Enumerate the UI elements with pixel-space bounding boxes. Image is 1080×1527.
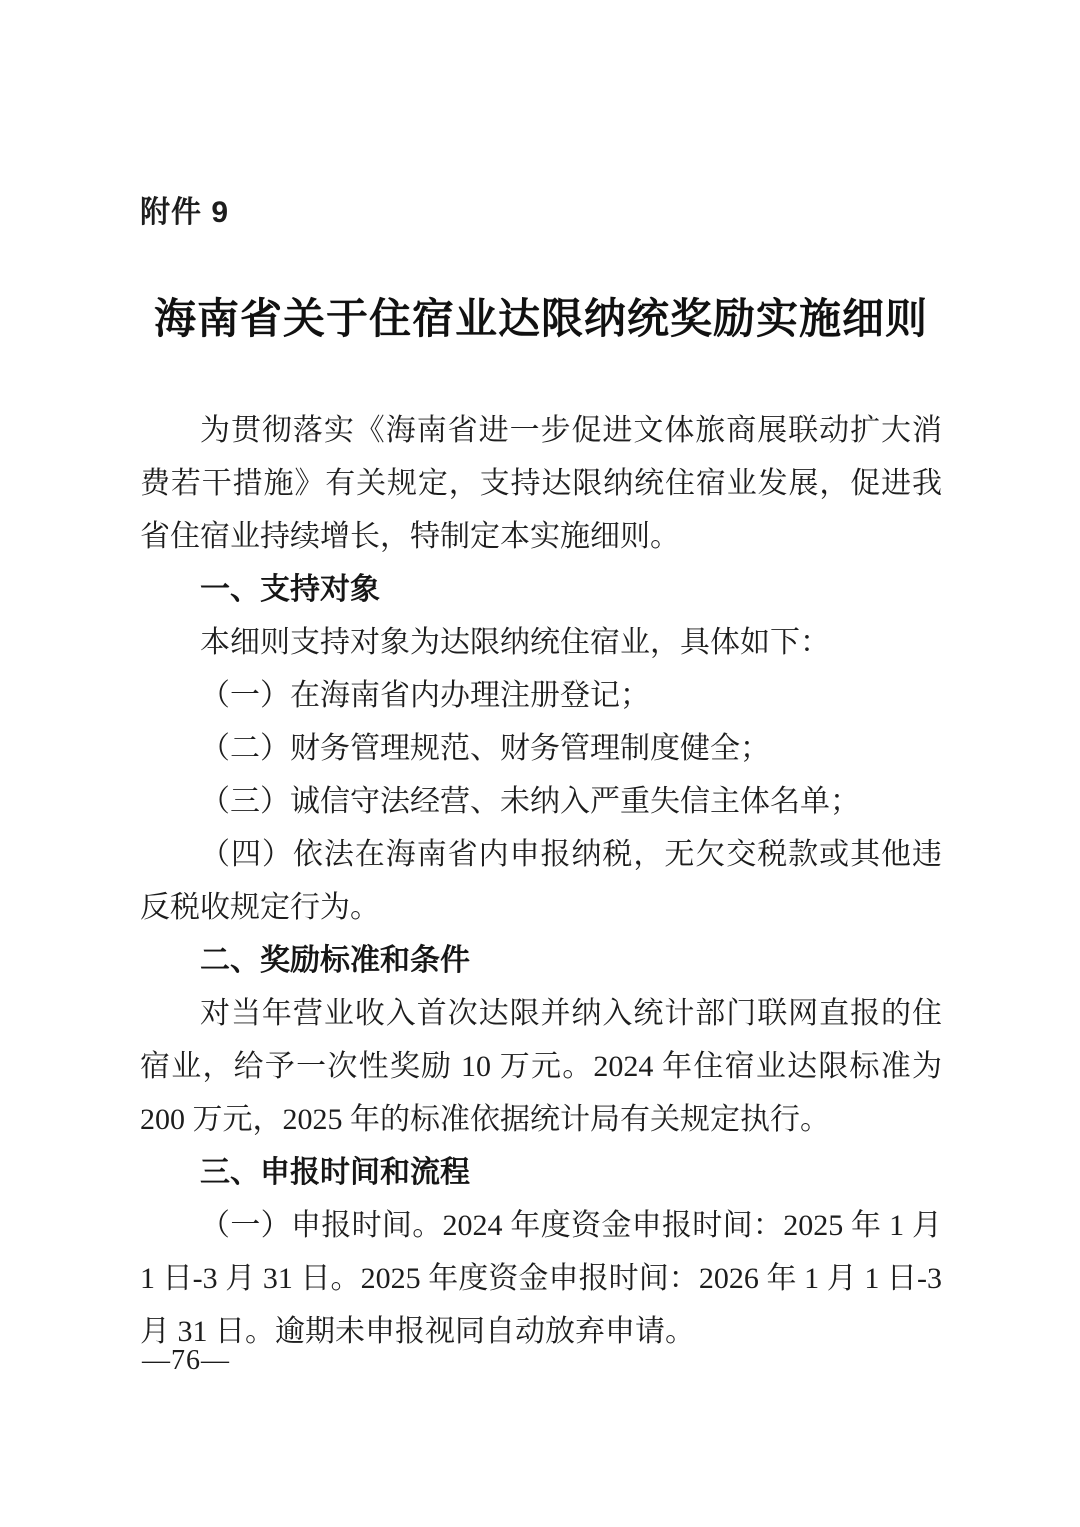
document-page: 附件 9 海南省关于住宿业达限纳统奖励实施细则 为贯彻落实《海南省进一步促进文体… [0, 0, 1080, 1527]
section-heading-1-support-targets: 一、支持对象 [140, 563, 942, 616]
paragraph-condition-2: （二）财务管理规范、财务管理制度健全； [140, 722, 942, 775]
paragraph-condition-1: （一）在海南省内办理注册登记； [140, 669, 942, 722]
attachment-label: 附件 9 [140, 192, 942, 234]
page-title: 海南省关于住宿业达限纳统奖励实施细则 [140, 292, 942, 348]
paragraph-condition-3: （三）诚信守法经营、未纳入严重失信主体名单； [140, 775, 942, 828]
paragraph-support-targets-intro: 本细则支持对象为达限纳统住宿业，具体如下： [140, 616, 942, 669]
document-body: 为贯彻落实《海南省进一步促进文体旅商展联动扩大消费若干措施》有关规定，支持达限纳… [140, 404, 942, 1358]
paragraph-condition-4: （四）依法在海南省内申报纳税，无欠交税款或其他违反税收规定行为。 [140, 828, 942, 934]
page-number: —76— [142, 1345, 230, 1377]
paragraph-reward-standards: 对当年营业收入首次达限并纳入统计部门联网直报的住宿业，给予一次性奖励 10 万元… [140, 987, 942, 1146]
paragraph-preamble: 为贯彻落实《海南省进一步促进文体旅商展联动扩大消费若干措施》有关规定，支持达限纳… [140, 404, 942, 563]
paragraph-application-time: （一）申报时间。2024 年度资金申报时间：2025 年 1 月 1 日-3 月… [140, 1199, 942, 1358]
section-heading-2-reward-standards: 二、奖励标准和条件 [140, 934, 942, 987]
section-heading-3-application-time: 三、申报时间和流程 [140, 1146, 942, 1199]
